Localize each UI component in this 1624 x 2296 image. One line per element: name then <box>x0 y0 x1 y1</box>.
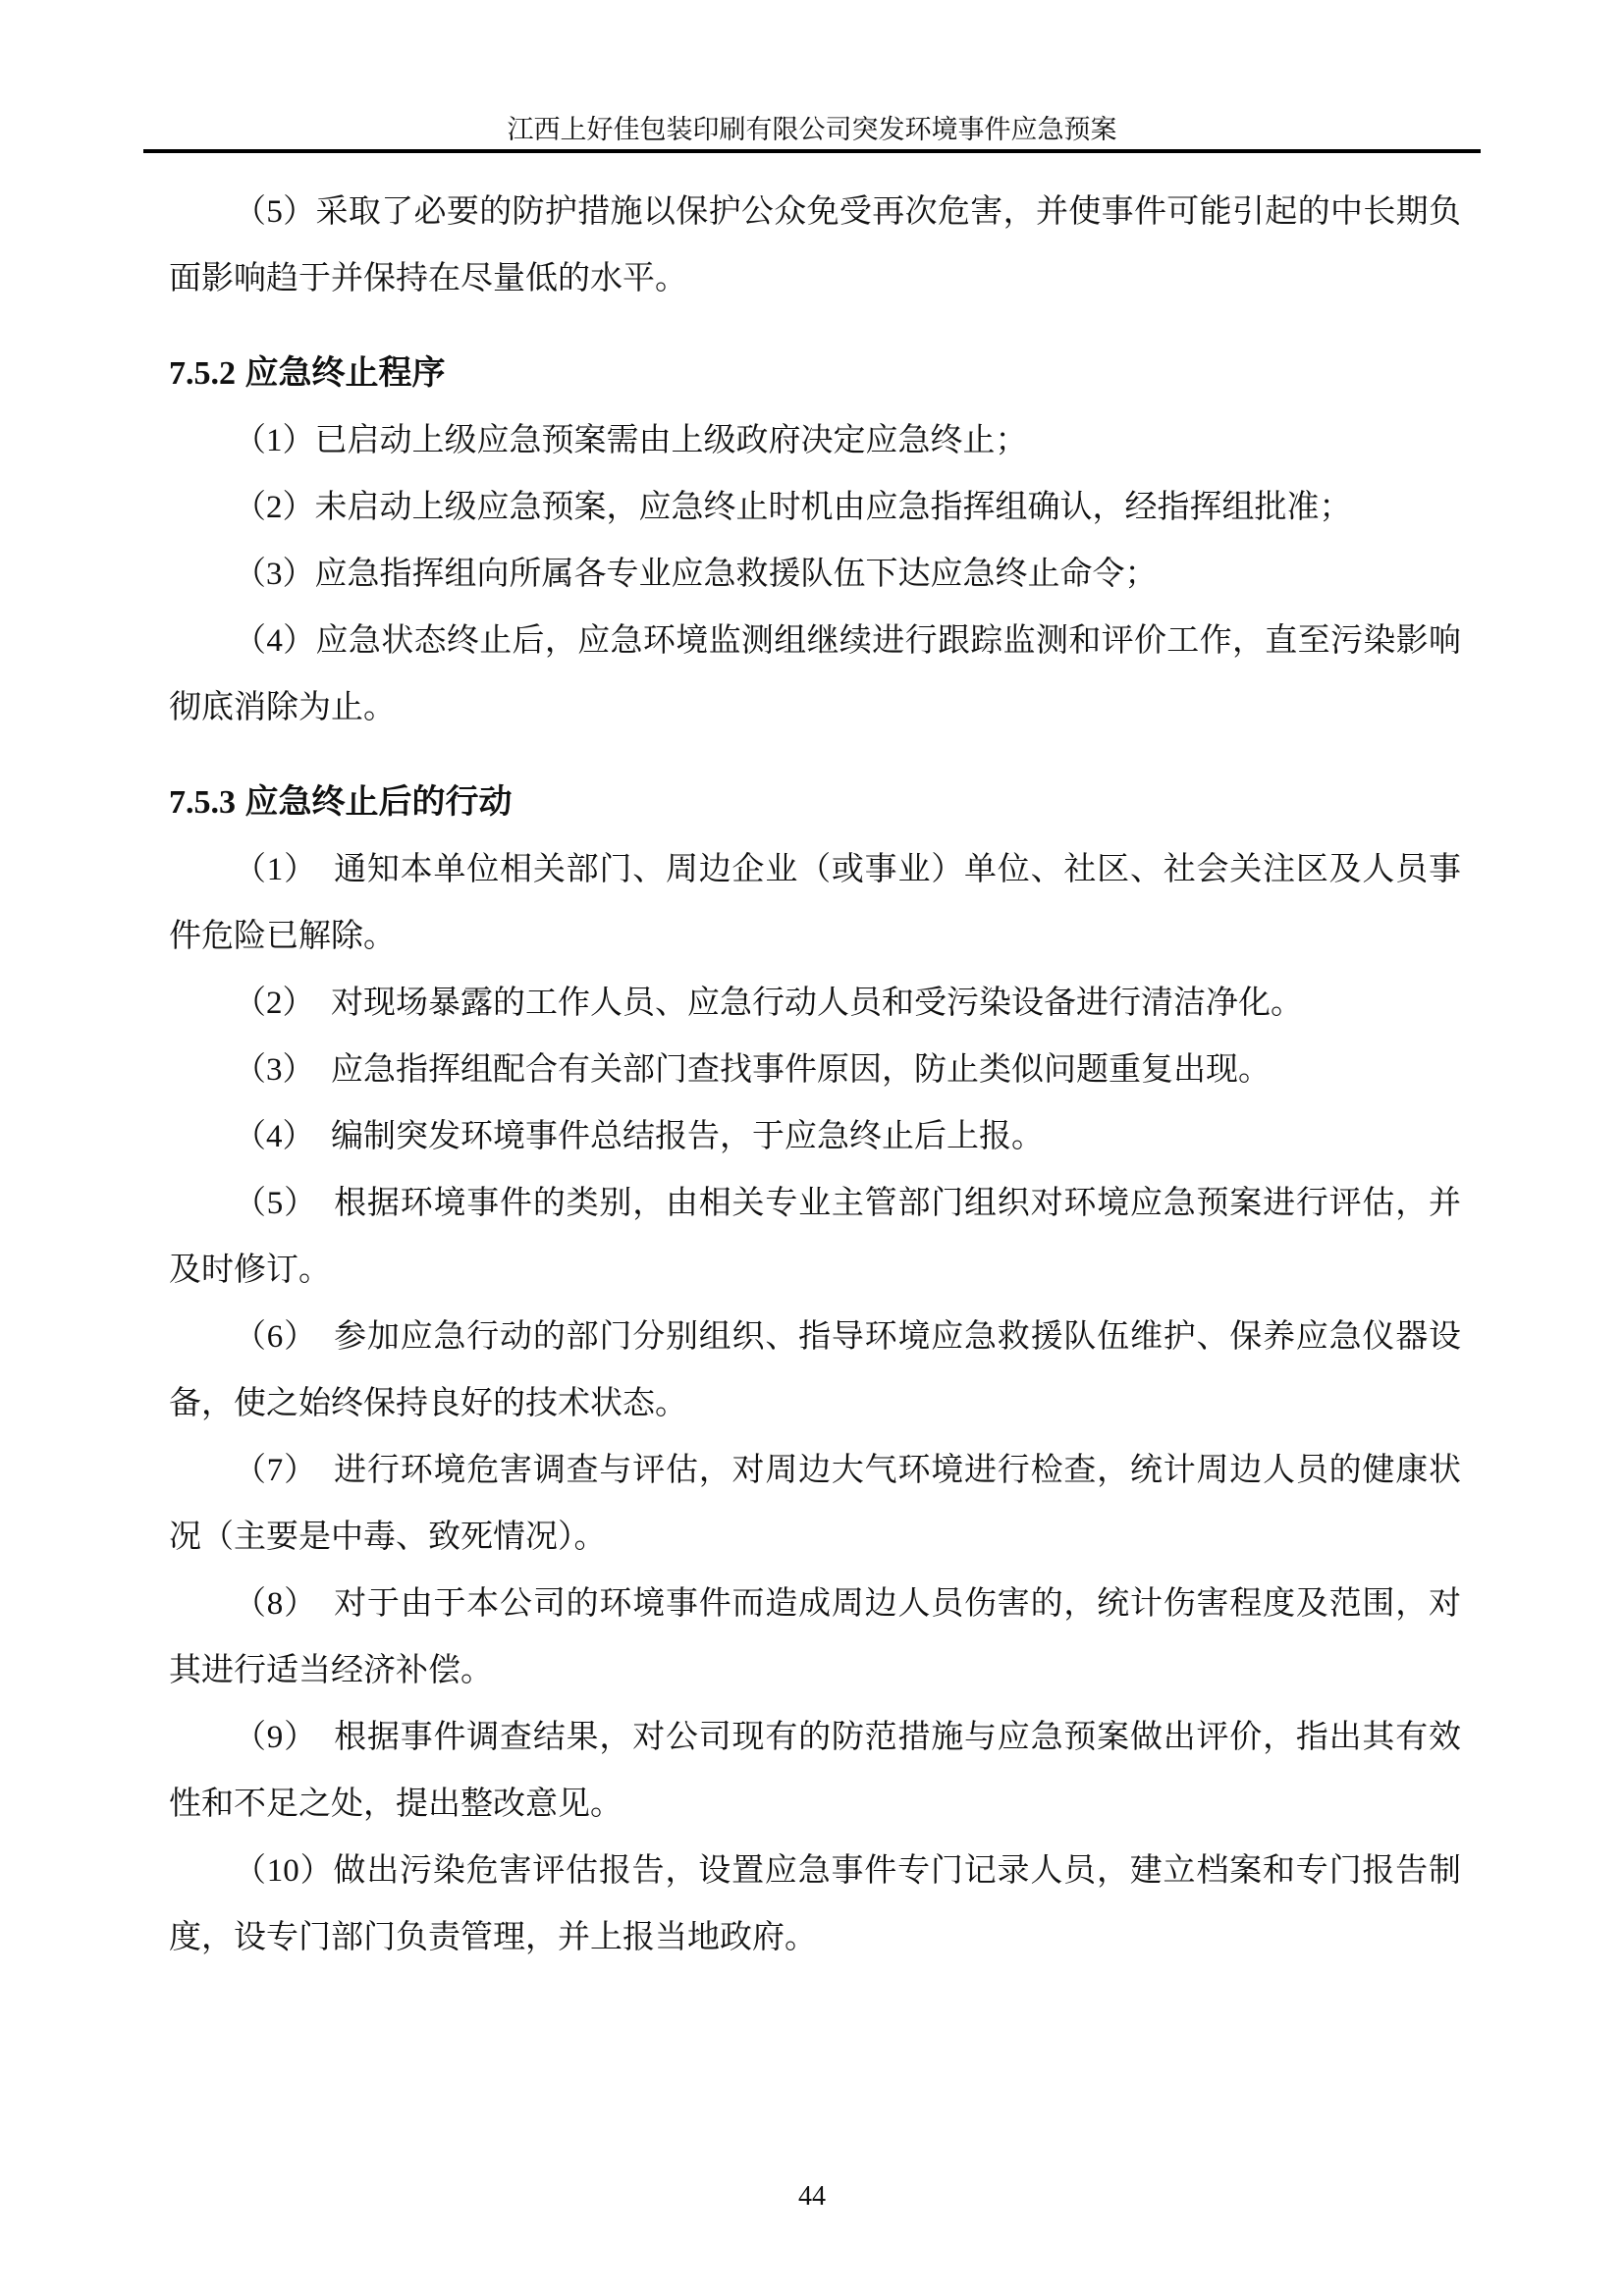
paragraph: （4）应急状态终止后，应急环境监测组继续进行跟踪监测和评价工作，直至污染影响彻底… <box>169 608 1461 741</box>
page-number: 44 <box>0 2183 1624 2211</box>
paragraph: （7） 进行环境危害调查与评估，对周边大气环境进行检查，统计周边人员的健康状况（… <box>169 1437 1461 1571</box>
paragraph: （4） 编制突发环境事件总结报告，于应急终止后上报。 <box>169 1103 1461 1170</box>
page-header: 江西上好佳包装印刷有限公司突发环境事件应急预案 <box>143 0 1481 153</box>
section-title: 应急终止后的行动 <box>244 783 512 821</box>
paragraph: （1） 通知本单位相关部门、周边企业（或事业）单位、社区、社会关注区及人员事件危… <box>169 836 1461 970</box>
section-heading-753: 7.5.3 应急终止后的行动 <box>169 769 1461 836</box>
paragraph: （3） 应急指挥组配合有关部门查找事件原因，防止类似问题重复出现。 <box>169 1037 1461 1103</box>
paragraph: （6） 参加应急行动的部门分别组织、指导环境应急救援队伍维护、保养应急仪器设备，… <box>169 1304 1461 1437</box>
paragraph: （2）未启动上级应急预案，应急终止时机由应急指挥组确认，经指挥组批准； <box>169 474 1461 541</box>
paragraph: （8） 对于由于本公司的环境事件而造成周边人员伤害的，统计伤害程度及范围，对其进… <box>169 1571 1461 1704</box>
paragraph: （2） 对现场暴露的工作人员、应急行动人员和受污染设备进行清洁净化。 <box>169 970 1461 1037</box>
paragraph: （3）应急指挥组向所属各专业应急救援队伍下达应急终止命令； <box>169 541 1461 608</box>
paragraph: （5）采取了必要的防护措施以保护公众免受再次危害，并使事件可能引起的中长期负面影… <box>169 179 1461 312</box>
section-number: 7.5.3 <box>169 784 236 821</box>
document-page: 江西上好佳包装印刷有限公司突发环境事件应急预案 （5）采取了必要的防护措施以保护… <box>0 0 1624 2296</box>
paragraph: （9） 根据事件调查结果，对公司现有的防范措施与应急预案做出评价，指出其有效性和… <box>169 1704 1461 1838</box>
section-title: 应急终止程序 <box>244 354 445 392</box>
paragraph: （1）已启动上级应急预案需由上级政府决定应急终止； <box>169 407 1461 474</box>
paragraph: （10）做出污染危害评估报告，设置应急事件专门记录人员，建立档案和专门报告制度，… <box>169 1838 1461 1971</box>
document-content: （5）采取了必要的防护措施以保护公众免受再次危害，并使事件可能引起的中长期负面影… <box>169 179 1461 1971</box>
header-title: 江西上好佳包装印刷有限公司突发环境事件应急预案 <box>508 115 1117 144</box>
section-number: 7.5.2 <box>169 355 236 392</box>
section-heading-752: 7.5.2 应急终止程序 <box>169 340 1461 407</box>
paragraph: （5） 根据环境事件的类别，由相关专业主管部门组织对环境应急预案进行评估，并及时… <box>169 1170 1461 1304</box>
